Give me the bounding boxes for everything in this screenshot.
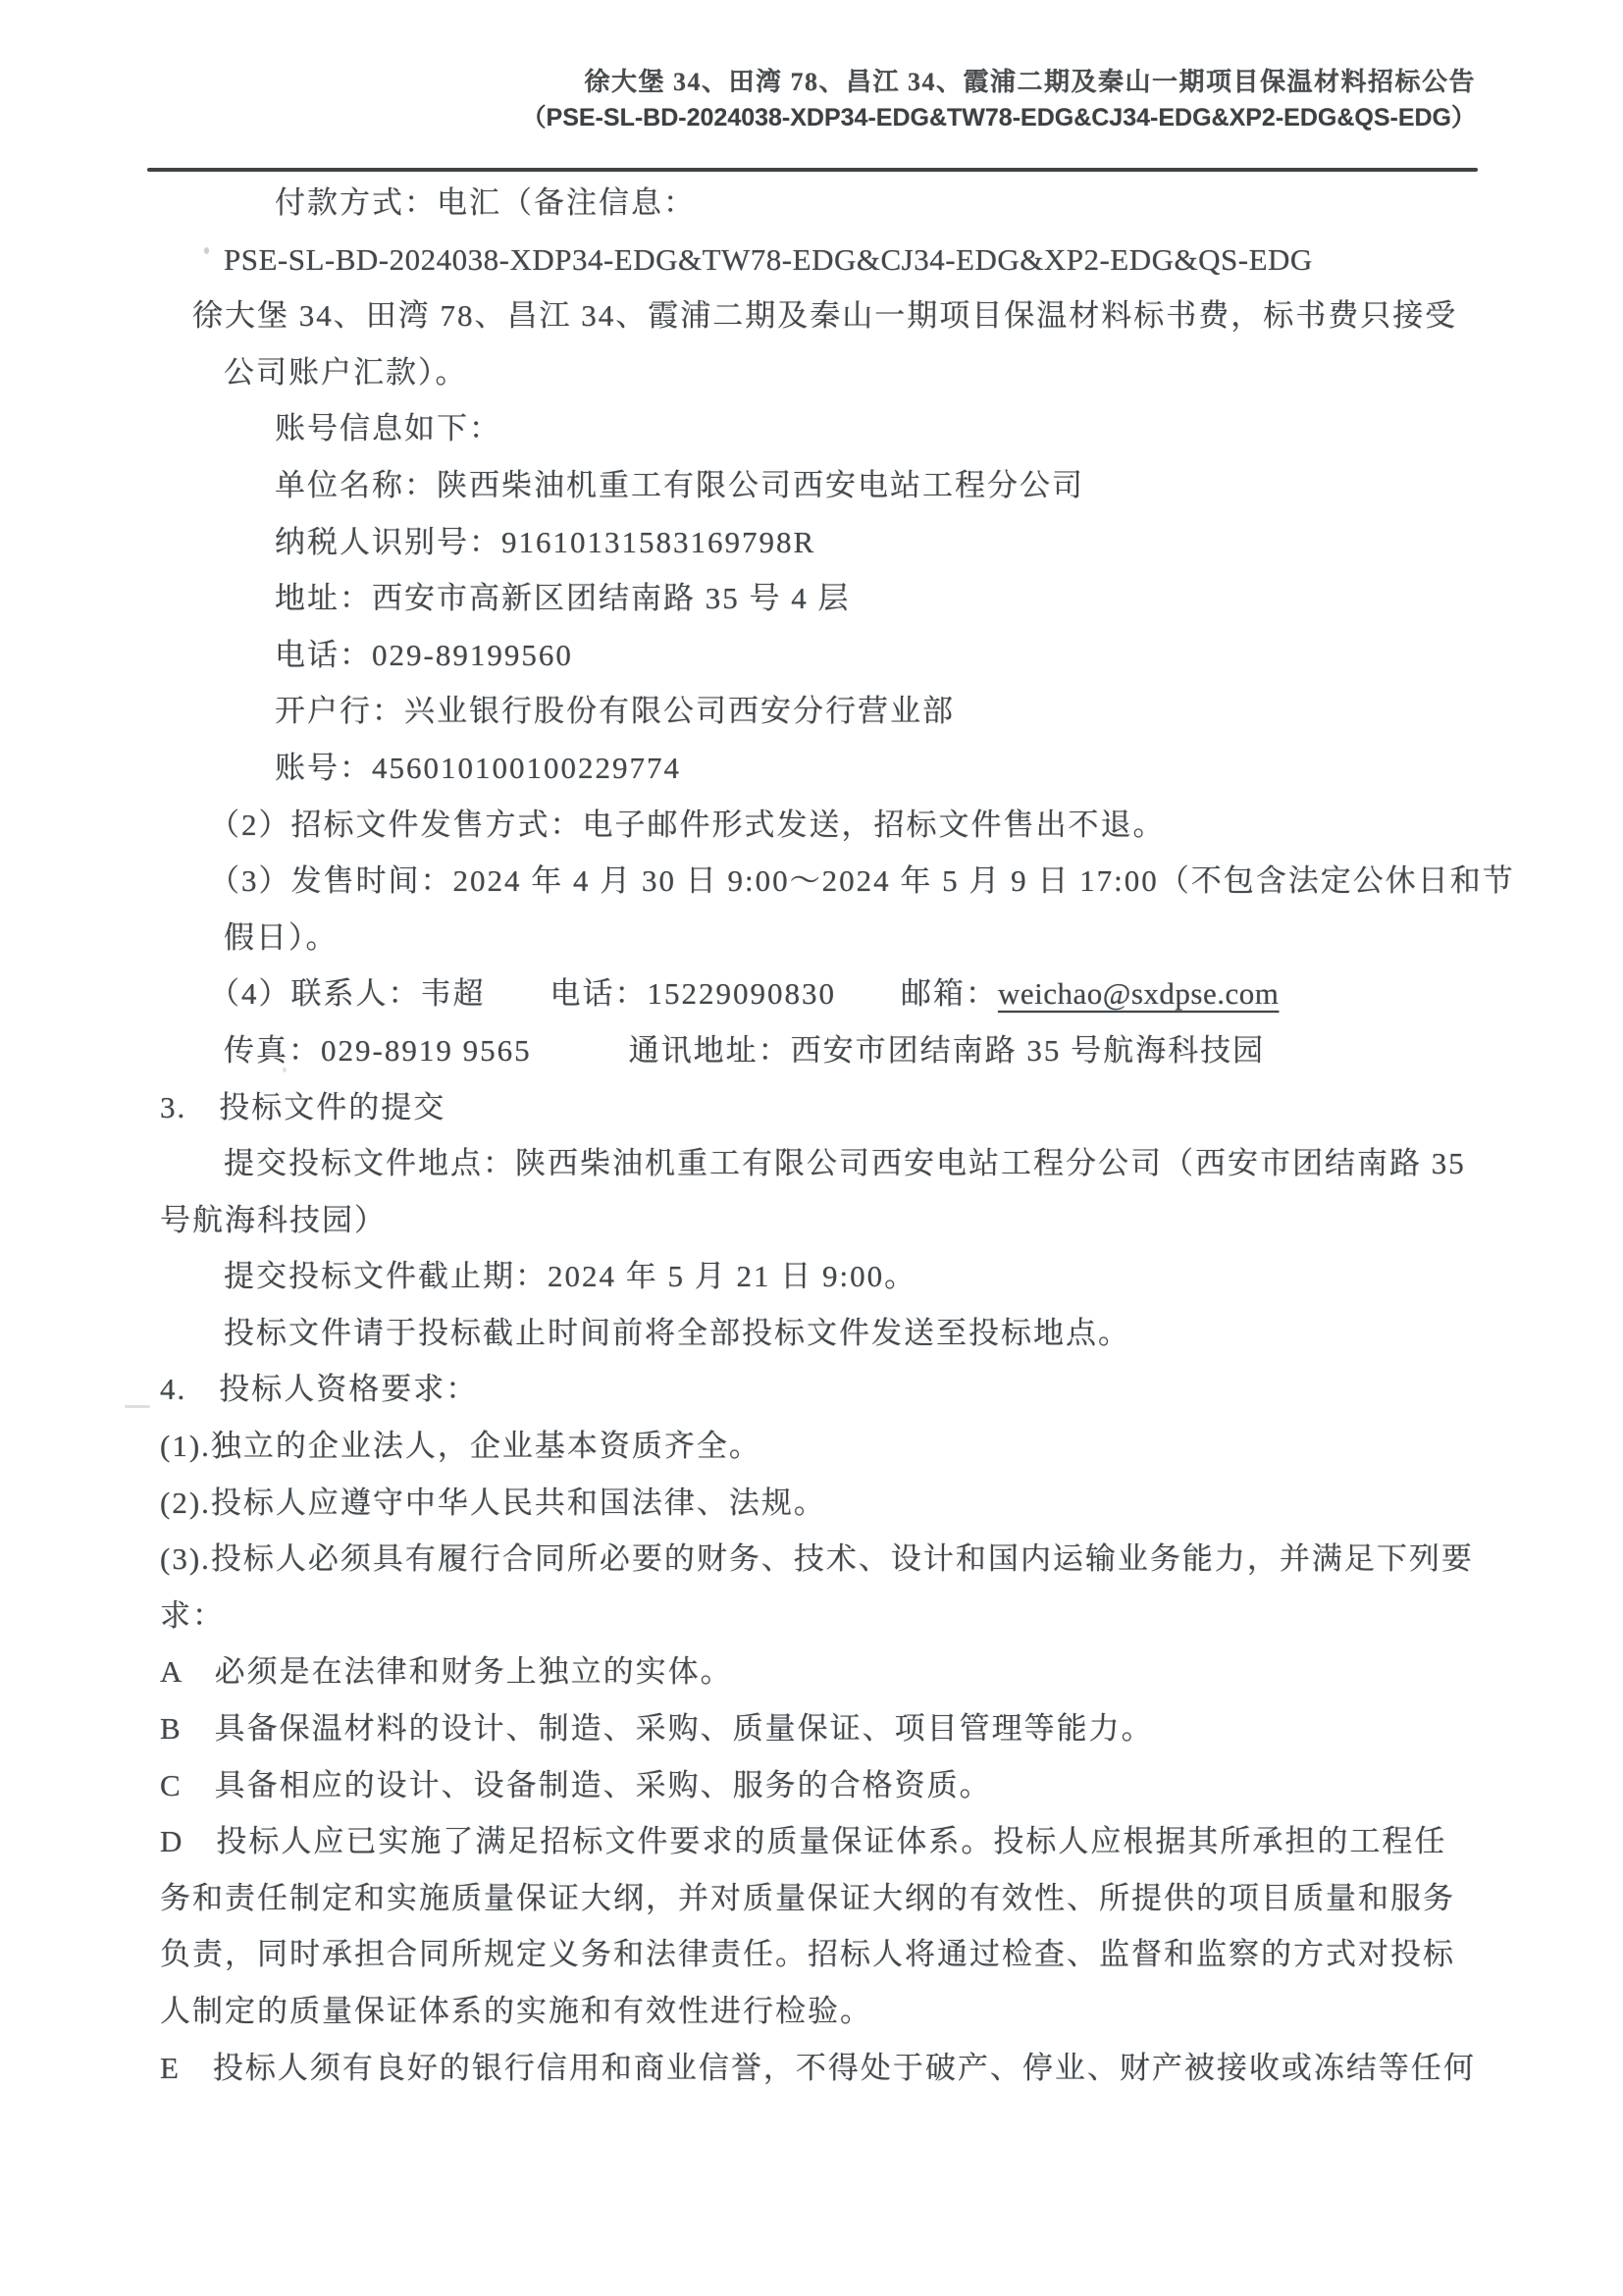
doc-line: 务和责任制定和实施质量保证大纲，并对质量保证大纲的有效性、所提供的项目质量和服务 xyxy=(160,1870,1623,1927)
doc-line: 公司账户汇款）。 xyxy=(224,344,1623,401)
header-document-code: （PSE-SL-BD-2024038-XDP34-EDG&TW78-EDG&CJ… xyxy=(522,100,1476,135)
doc-line: 账号：456010100100229774 xyxy=(275,740,1623,797)
scan-artifact xyxy=(125,1405,150,1408)
doc-line: (1).独立的企业法人，企业基本资质齐全。 xyxy=(160,1418,1623,1475)
doc-line: 单位名称：陕西柴油机重工有限公司西安电站工程分公司 xyxy=(275,457,1623,514)
document-body: 付款方式：电汇（备注信息： PSE-SL-BD-2024038-XDP34-ED… xyxy=(0,175,1623,2096)
document-page: 徐大堡 34、田湾 78、昌江 34、霞浦二期及秦山一期项目保温材料招标公告 （… xyxy=(0,0,1623,2296)
doc-line: 人制定的质量保证体系的实施和有效性进行检验。 xyxy=(160,1983,1623,2040)
doc-line: （2）招标文件发售方式：电子邮件形式发送，招标文件售出不退。 xyxy=(209,797,1623,854)
scan-artifact xyxy=(204,247,209,254)
header-divider xyxy=(147,168,1478,172)
doc-line: (3).投标人必须具有履行合同所必要的财务、技术、设计和国内运输业务能力，并满足… xyxy=(160,1531,1623,1588)
doc-line: 提交投标文件地点：陕西柴油机重工有限公司西安电站工程分公司（西安市团结南路 35 xyxy=(224,1135,1623,1192)
doc-line: C 具备相应的设计、设备制造、采购、服务的合格资质。 xyxy=(160,1757,1623,1814)
doc-line: A 必须是在法律和财务上独立的实体。 xyxy=(160,1644,1623,1700)
doc-line: 求： xyxy=(160,1588,1623,1644)
email-link[interactable]: weichao@sxdpse.com xyxy=(998,976,1279,1011)
doc-line: 地址：西安市高新区团结南路 35 号 4 层 xyxy=(275,570,1623,627)
header-project-title: 徐大堡 34、田湾 78、昌江 34、霞浦二期及秦山一期项目保温材料招标公告 xyxy=(522,65,1476,100)
doc-line: (2).投标人应遵守中华人民共和国法律、法规。 xyxy=(160,1475,1623,1532)
doc-line: 3. 投标文件的提交 xyxy=(160,1079,1623,1136)
doc-line: 账号信息如下： xyxy=(275,400,1623,457)
doc-line: 纳税人识别号：91610131583169798R xyxy=(275,514,1623,571)
contact-line: （4）联系人：韦超 电话：15229090830 邮箱：weichao@sxdp… xyxy=(209,965,1623,1022)
doc-line: PSE-SL-BD-2024038-XDP34-EDG&TW78-EDG&CJ3… xyxy=(224,232,1623,288)
doc-line: E 投标人须有良好的银行信用和商业信誉，不得处于破产、停业、财产被接收或冻结等任… xyxy=(160,2040,1623,2097)
doc-line: D 投标人应已实施了满足招标文件要求的质量保证体系。投标人应根据其所承担的工程任 xyxy=(160,1813,1623,1870)
page-header: 徐大堡 34、田湾 78、昌江 34、霞浦二期及秦山一期项目保温材料招标公告 （… xyxy=(522,65,1476,135)
doc-line: 徐大堡 34、田湾 78、昌江 34、霞浦二期及秦山一期项目保温材料标书费，标书… xyxy=(192,287,1623,344)
doc-line: 开户行：兴业银行股份有限公司西安分行营业部 xyxy=(275,683,1623,740)
doc-line: （3）发售时间：2024 年 4 月 30 日 9:00～2024 年 5 月 … xyxy=(209,853,1623,910)
doc-line: 投标文件请于投标截止时间前将全部投标文件发送至投标地点。 xyxy=(224,1305,1623,1362)
doc-line: 电话：029-89199560 xyxy=(275,627,1623,684)
contact-text: （4）联系人：韦超 电话：15229090830 邮箱： xyxy=(209,976,998,1011)
doc-line: 付款方式：电汇（备注信息： xyxy=(275,175,1623,232)
doc-line: 4. 投标人资格要求： xyxy=(160,1361,1623,1418)
doc-line: 负责，同时承担合同所规定义务和法律责任。招标人将通过检查、监督和监察的方式对投标 xyxy=(160,1926,1623,1983)
scan-artifact xyxy=(283,1068,287,1072)
doc-line: 传真：029-8919 9565 通讯地址：西安市团结南路 35 号航海科技园 xyxy=(224,1022,1623,1079)
doc-line: B 具备保温材料的设计、制造、采购、质量保证、项目管理等能力。 xyxy=(160,1700,1623,1757)
doc-line: 号航海科技园） xyxy=(160,1192,1623,1249)
doc-line: 假日）。 xyxy=(224,910,1623,966)
doc-line: 提交投标文件截止期：2024 年 5 月 21 日 9:00。 xyxy=(224,1248,1623,1305)
